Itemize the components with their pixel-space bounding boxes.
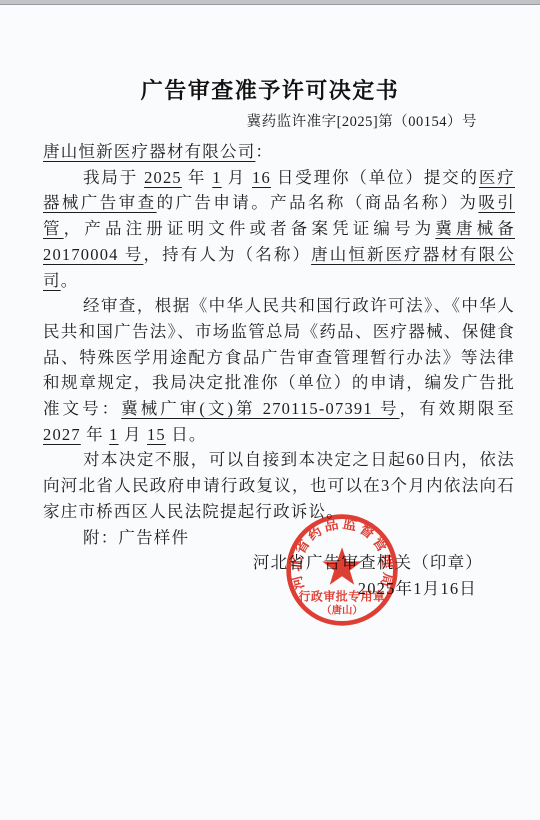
underlined-text: 1 [212, 168, 221, 187]
text-run: 日受理你（单位）提交的 [271, 168, 479, 187]
document-number: 冀药监许准字[2025]第（00154）号 [0, 110, 477, 131]
recipient-colon: ： [255, 142, 273, 161]
text-run: 年 [81, 425, 109, 444]
underlined-text: 冀械广审(文)第 270115-07391 号 [121, 399, 399, 418]
text-run: 月 [119, 425, 147, 444]
text-run: 日。 [166, 425, 207, 444]
underlined-text: 2025 [144, 168, 182, 187]
text-run: ，有效期限至 [400, 399, 515, 418]
document-body: 唐山恒新医疗器材有限公司： 我局于 2025 年 1 月 16 日受理你（单位）… [43, 139, 515, 602]
underlined-text: 16 [252, 168, 271, 187]
window-top-edge [0, 0, 540, 5]
text-run: 月 [222, 168, 252, 187]
seal-line2: （唐山） [321, 604, 362, 617]
document-title: 广告审查准予许可决定书 [0, 74, 540, 105]
text-run: 的广告申请。产品名称（商品名称）为 [157, 193, 479, 212]
paragraph: 我局于 2025 年 1 月 16 日受理你（单位）提交的医疗器械广告审查的广告… [43, 165, 515, 294]
underlined-text: 1 [109, 425, 118, 444]
paragraph: 对本决定不服，可以自接到本决定之日起60日内，依法向河北省人民政府申请行政复议，… [43, 447, 515, 524]
attachment-line: 附：广告样件 [43, 525, 515, 551]
recipient-name: 唐山恒新医疗器材有限公司 [43, 142, 255, 161]
seal-line1: 行政审批专用章 [299, 590, 386, 604]
text-run: 我局于 [83, 168, 144, 187]
paragraph: 经审查，根据《中华人民共和国行政许可法》、《中华人民共和国广告法》、市场监管总局… [43, 293, 515, 447]
text-run: 。 [61, 271, 79, 290]
body-paragraphs: 我局于 2025 年 1 月 16 日受理你（单位）提交的医疗器械广告审查的广告… [43, 165, 515, 525]
underlined-text: 15 [147, 425, 166, 444]
document-page: 广告审查准予许可决定书 冀药监许准字[2025]第（00154）号 唐山恒新医疗… [0, 0, 540, 820]
text-run: ，持有人为（名称） [143, 245, 311, 264]
text-run: ，产品注册证明文件或者备案凭证编号为 [64, 219, 436, 238]
text-run: 对本决定不服，可以自接到本决定之日起60日内，依法向河北省人民政府申请行政复议，… [43, 450, 515, 520]
signature-issuer: 河北省广告审查机关（印章） [43, 550, 515, 576]
recipient-line: 唐山恒新医疗器材有限公司： [43, 139, 515, 165]
seal-star-icon [322, 547, 361, 585]
signature-date: 2025年1月16日 [43, 576, 515, 602]
official-seal: 河北省药品监督管理局 行政审批专用章 （唐山） [285, 513, 399, 627]
underlined-text: 2027 [43, 425, 81, 444]
text-run: 年 [182, 168, 212, 187]
